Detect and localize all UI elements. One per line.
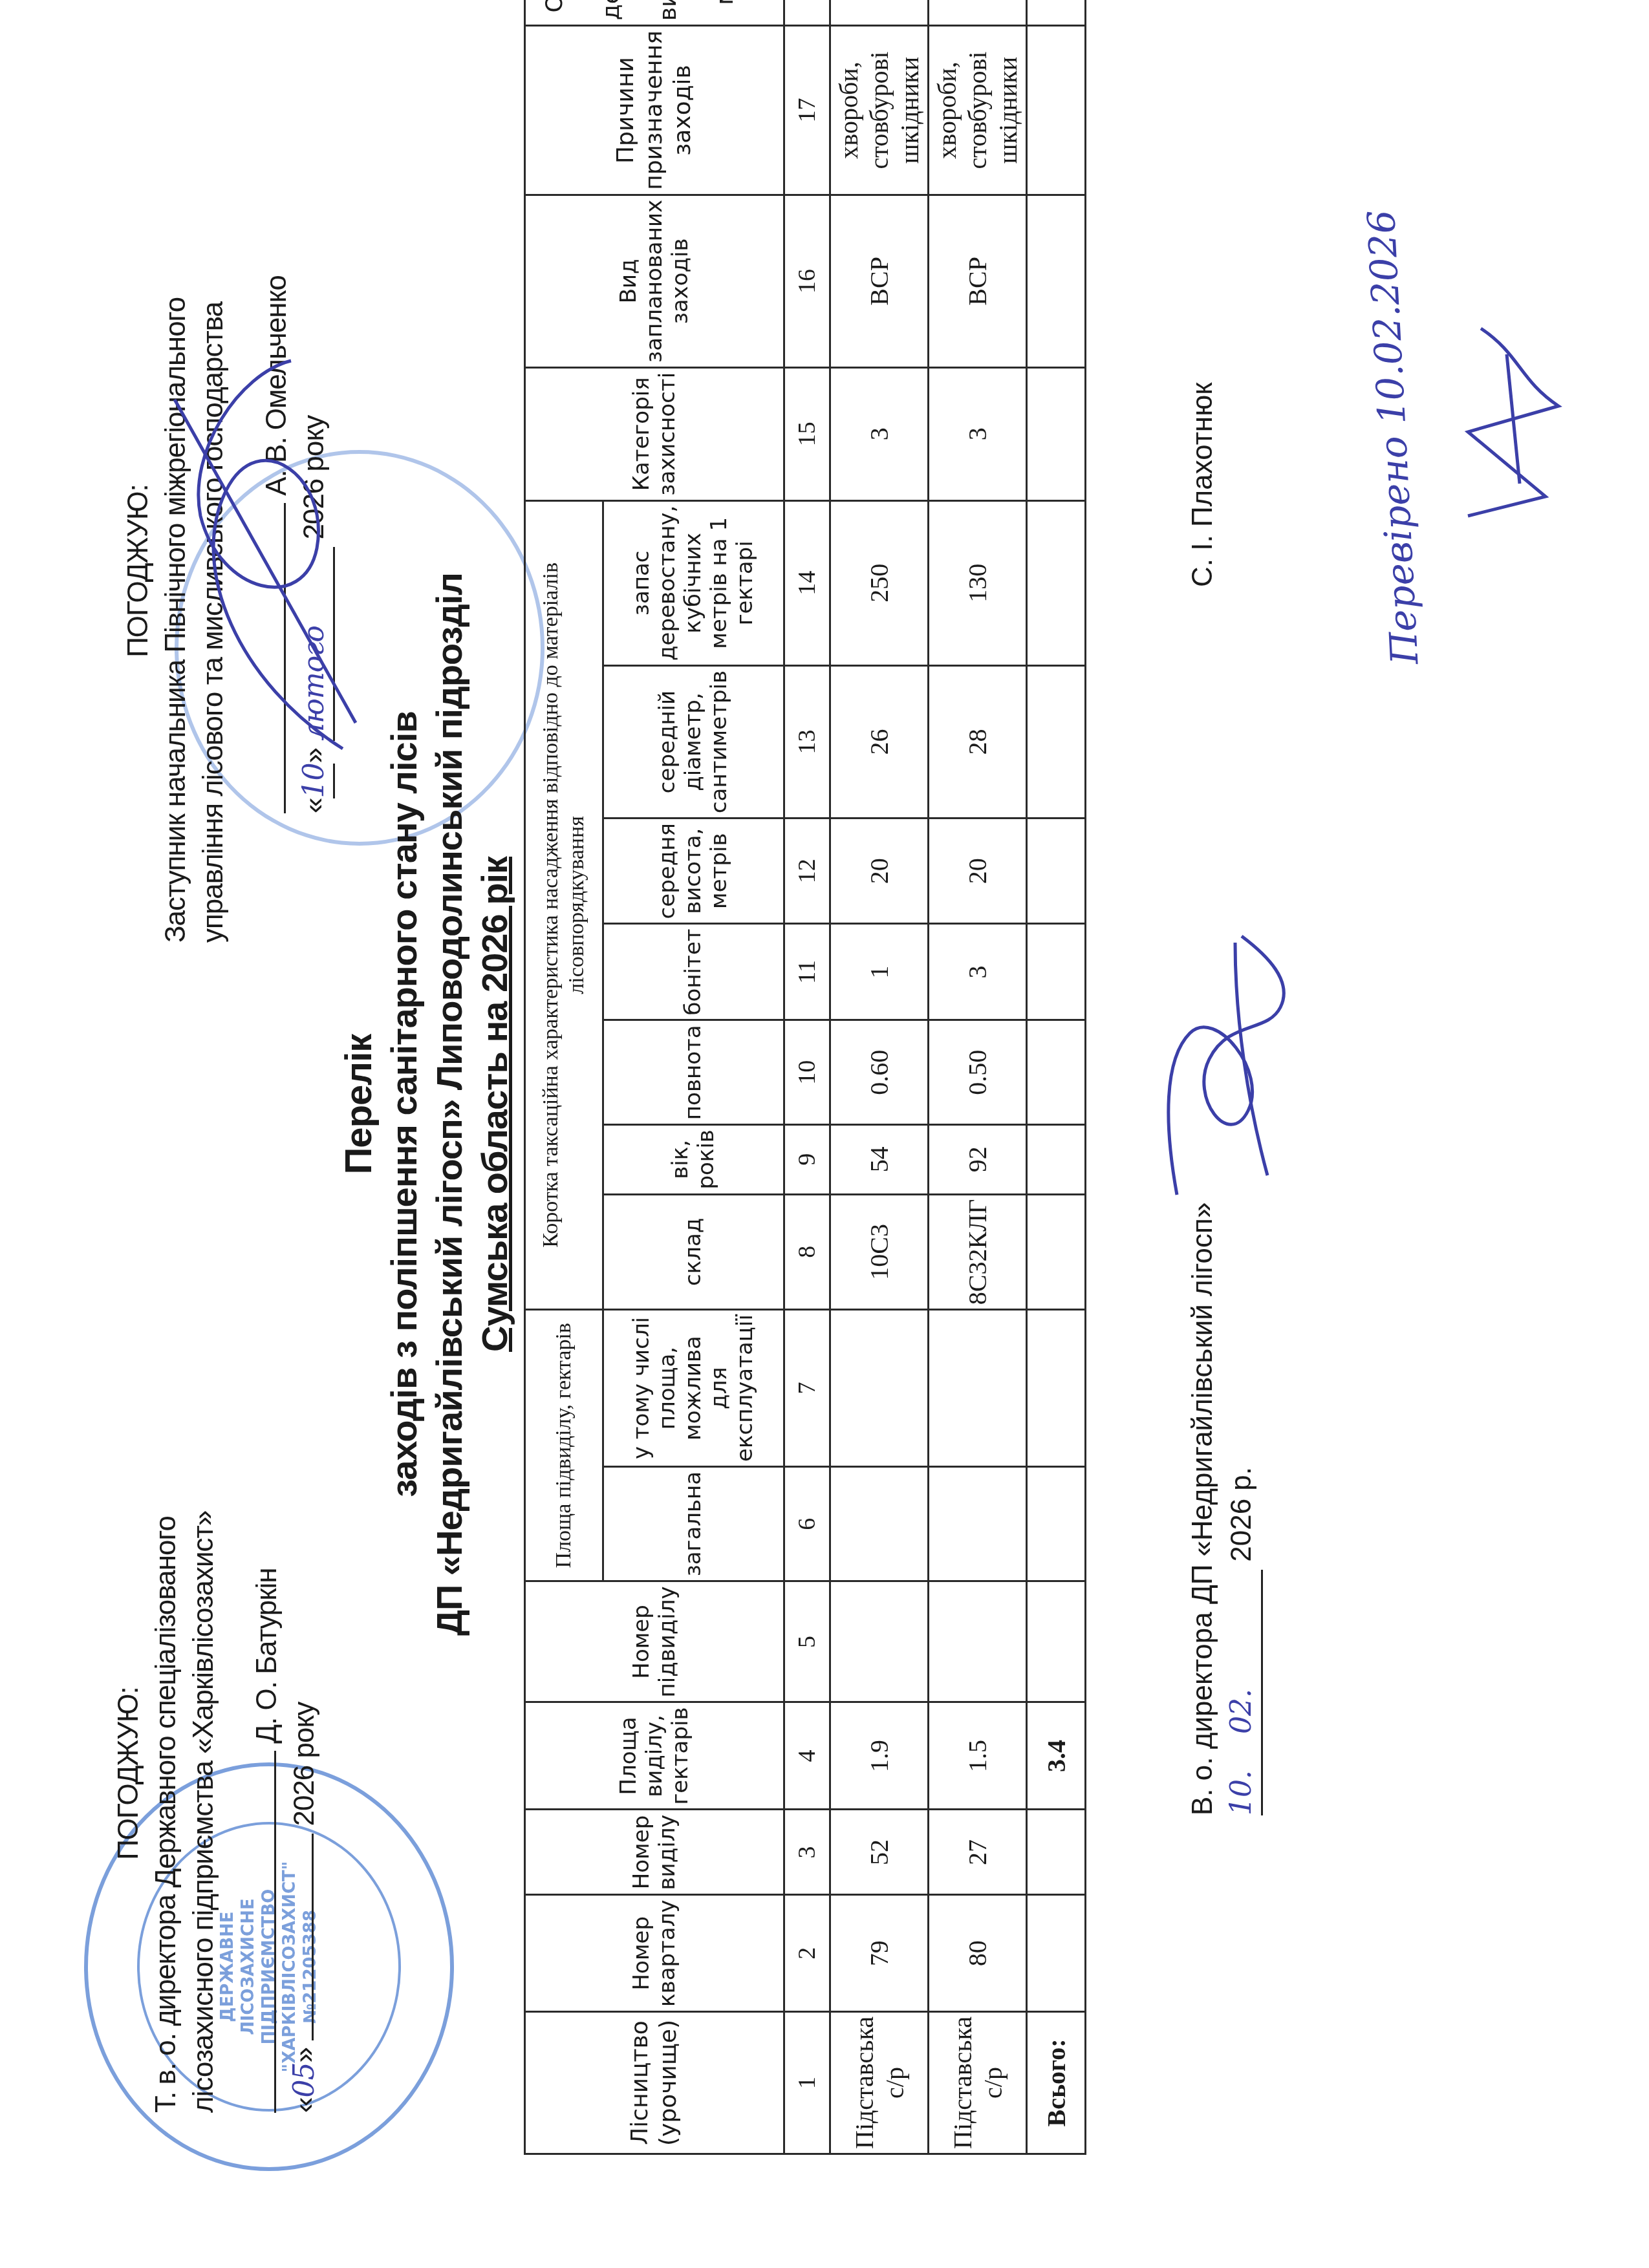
header-reasons: Причини призначення заходів <box>525 26 784 195</box>
signatory-position: В. о. директора ДП «Недригайлівський ліг… <box>1187 1203 1218 1815</box>
column-number: 15 <box>784 367 830 500</box>
cell-empty <box>1027 1310 1086 1467</box>
signature-plakhotniuk <box>1138 930 1306 1201</box>
cell-height: 20 <box>929 818 1027 924</box>
cell-subvydil-usable <box>929 1310 1027 1467</box>
cell-subvydil-total <box>830 1466 929 1581</box>
cell-vydil: 52 <box>830 1810 929 1895</box>
title-line: заходів з поліпшення санітарного стану л… <box>382 522 427 1686</box>
sanitary-measures-table: Лісництво (урочище) Номер кварталу Номер… <box>524 80 1086 2155</box>
cell-stock: 130 <box>929 500 1027 665</box>
signatory-name: С. І. Плахотнюк <box>1183 383 1222 587</box>
cell-vydil: 27 <box>929 1810 1027 1895</box>
cell-diameter: 28 <box>929 665 1027 818</box>
column-number: 12 <box>784 818 830 924</box>
date-day-handwritten: 05 <box>288 2063 321 2098</box>
total-label: Всього: <box>1027 2011 1086 2154</box>
column-number: 11 <box>784 924 830 1020</box>
date-handwritten: 10. 02. <box>1222 1570 1263 1815</box>
total-vydil-area: 3.4 <box>1027 1702 1086 1810</box>
cell-vydil-area: 1.9 <box>830 1702 929 1810</box>
cell-empty <box>1027 195 1086 367</box>
title-line: Сумська область на 2026 рік <box>472 522 517 1686</box>
date-year: 2026 року <box>288 1702 320 1826</box>
cell-age: 54 <box>830 1125 929 1194</box>
date-month-line <box>312 1834 314 2040</box>
date-day-handwritten: 10 <box>296 764 335 798</box>
signature-line <box>274 1751 276 2113</box>
cell-empty <box>1027 1581 1086 1702</box>
column-number: 8 <box>784 1194 830 1310</box>
cell-subvydil <box>830 1581 929 1702</box>
cell-empty <box>1027 665 1086 818</box>
header-subvydil-area: Площа підвиділу, гектарів <box>525 1310 603 1581</box>
cell-vydil-area: 1.5 <box>929 1702 1027 1810</box>
title-line: ДП «Недригайлівський лігосп» Липоводолин… <box>427 522 472 1686</box>
header-subvydil-usable: у тому числі площа, можлива для експлуат… <box>603 1310 784 1467</box>
cell-forestry: Підставська с/р <box>929 2011 1027 2154</box>
cell-reasons: хвороби, стовбурові шкідники <box>830 26 929 195</box>
cell-felling-stock: 11 <box>929 0 1027 26</box>
cell-empty <box>1027 1194 1086 1310</box>
approval-heading: ПОГОДЖУЮ: <box>120 199 157 943</box>
column-number-row: 1 2 3 4 5 6 7 8 9 10 11 12 13 14 15 16 1… <box>784 0 830 2154</box>
cell-felling-stock: 14 <box>830 0 929 26</box>
cell-bonitet: 1 <box>830 924 929 1020</box>
cell-empty <box>1027 1810 1086 1895</box>
header-protection-category: Категорія захисності <box>525 367 784 500</box>
approval-position: лісозахисного підприємства «Харківлісоза… <box>185 1434 222 2113</box>
header-vydil: Номер виділу <box>525 1810 784 1895</box>
date-month: 02. <box>1225 1689 1258 1734</box>
approval-block-left: ПОГОДЖУЮ: Т. в. о. директора Державного … <box>110 1434 323 2113</box>
approver-name: Д. О. Батуркін <box>251 1568 283 1744</box>
cell-measure-type: ВСР <box>929 195 1027 367</box>
header-subvydil: Номер підвиділу <box>525 1581 784 1702</box>
cell-empty <box>1027 1125 1086 1194</box>
cell-subvydil-usable <box>830 1310 929 1467</box>
cell-composition: 10С3 <box>830 1194 929 1310</box>
cell-empty <box>1027 818 1086 924</box>
header-measure-type: Вид запланованих заходів <box>525 195 784 367</box>
cell-diameter: 26 <box>830 665 929 818</box>
cell-measure-type: ВСР <box>830 195 929 367</box>
header-taxation: Коротка таксаційна характеристика насадж… <box>525 500 603 1309</box>
title-line: Перелік <box>336 522 382 1686</box>
date-year: 2026 р. <box>1225 1467 1257 1562</box>
approval-heading: ПОГОДЖУЮ: <box>110 1434 147 2113</box>
cell-forestry: Підставська с/р <box>830 2011 929 2154</box>
date-quote: « <box>298 798 330 813</box>
header-vydil-area: Площа виділу, гектарів <box>525 1702 784 1810</box>
header-subvydil-total: загальна <box>603 1466 784 1581</box>
header-bonitet: бонітет <box>603 924 784 1020</box>
column-number: 4 <box>784 1702 830 1810</box>
cell-empty <box>1027 26 1086 195</box>
cell-stock: 250 <box>830 500 929 665</box>
table-row: Підставська с/р 79 52 1.9 10С3 54 0.60 1… <box>830 0 929 2154</box>
total-row: Всього: 3.4 <box>1027 0 1086 2154</box>
column-number: 9 <box>784 1125 830 1194</box>
column-number: 6 <box>784 1466 830 1581</box>
column-number: 3 <box>784 1810 830 1895</box>
date-quote: « <box>288 2098 320 2113</box>
cell-height: 20 <box>830 818 929 924</box>
cell-density: 0.50 <box>929 1020 1027 1125</box>
cell-empty <box>1027 1020 1086 1125</box>
header-composition: склад <box>603 1194 784 1310</box>
cell-composition: 8С32КЛГ <box>929 1194 1027 1310</box>
header-height: середня висота, метрів <box>603 818 784 924</box>
header-forestry: Лісництво (урочище) <box>525 2011 784 2154</box>
cell-subvydil <box>929 1581 1027 1702</box>
approval-position: Т. в. о. директора Державного спеціалізо… <box>147 1434 185 2113</box>
document-title: Перелік заходів з поліпшення санітарного… <box>336 522 517 1686</box>
column-number: 2 <box>784 1895 830 2011</box>
cell-reasons: хвороби, стовбурові шкідники <box>929 26 1027 195</box>
table-row: Підставська с/р 80 27 1.5 8С32КЛГ 92 0.5… <box>929 0 1027 2154</box>
signature-checker <box>1442 303 1571 522</box>
cell-empty <box>1027 1466 1086 1581</box>
cell-density: 0.60 <box>830 1020 929 1125</box>
checked-handwritten-note: Перевірено 10.02.2026 <box>1359 209 1427 665</box>
cell-empty <box>1027 0 1086 26</box>
column-number: 5 <box>784 1581 830 1702</box>
column-number: 13 <box>784 665 830 818</box>
column-number: 16 <box>784 195 830 367</box>
date-quote: » <box>288 2048 320 2062</box>
header-diameter: середній діаметр, сантиметрів <box>603 665 784 818</box>
date-day: 10. <box>1225 1770 1258 1815</box>
cell-protection-category: 3 <box>929 367 1027 500</box>
header-density: повнота <box>603 1020 784 1125</box>
column-number: 1 <box>784 2011 830 2154</box>
cell-empty <box>1027 367 1086 500</box>
header-age: вік, років <box>603 1125 784 1194</box>
cell-age: 92 <box>929 1125 1027 1194</box>
column-number: 18 <box>784 0 830 26</box>
cell-quarter: 79 <box>830 1895 929 2011</box>
cell-protection-category: 3 <box>830 367 929 500</box>
cell-quarter: 80 <box>929 1895 1027 2011</box>
cell-empty <box>1027 500 1086 665</box>
header-stock: запас деревостану, кубічних метрів на 1 … <box>603 500 784 665</box>
column-number: 14 <box>784 500 830 665</box>
column-number: 7 <box>784 1310 830 1467</box>
cell-empty <box>1027 924 1086 1020</box>
column-number: 10 <box>784 1020 830 1125</box>
document-page: ДЕРЖАВНЕ ЛІСОЗАХИСНЕ ПІДПРИЄМСТВО "ХАРКІ… <box>0 0 1649 2268</box>
column-number: 17 <box>784 26 830 195</box>
cell-bonitet: 3 <box>929 924 1027 1020</box>
cell-empty <box>1027 1895 1086 2011</box>
header-felling-stock: Орієнтовний запас деревини, що підлягає … <box>525 0 784 26</box>
cell-subvydil-total <box>929 1466 1027 1581</box>
header-quarter: Номер кварталу <box>525 1895 784 2011</box>
